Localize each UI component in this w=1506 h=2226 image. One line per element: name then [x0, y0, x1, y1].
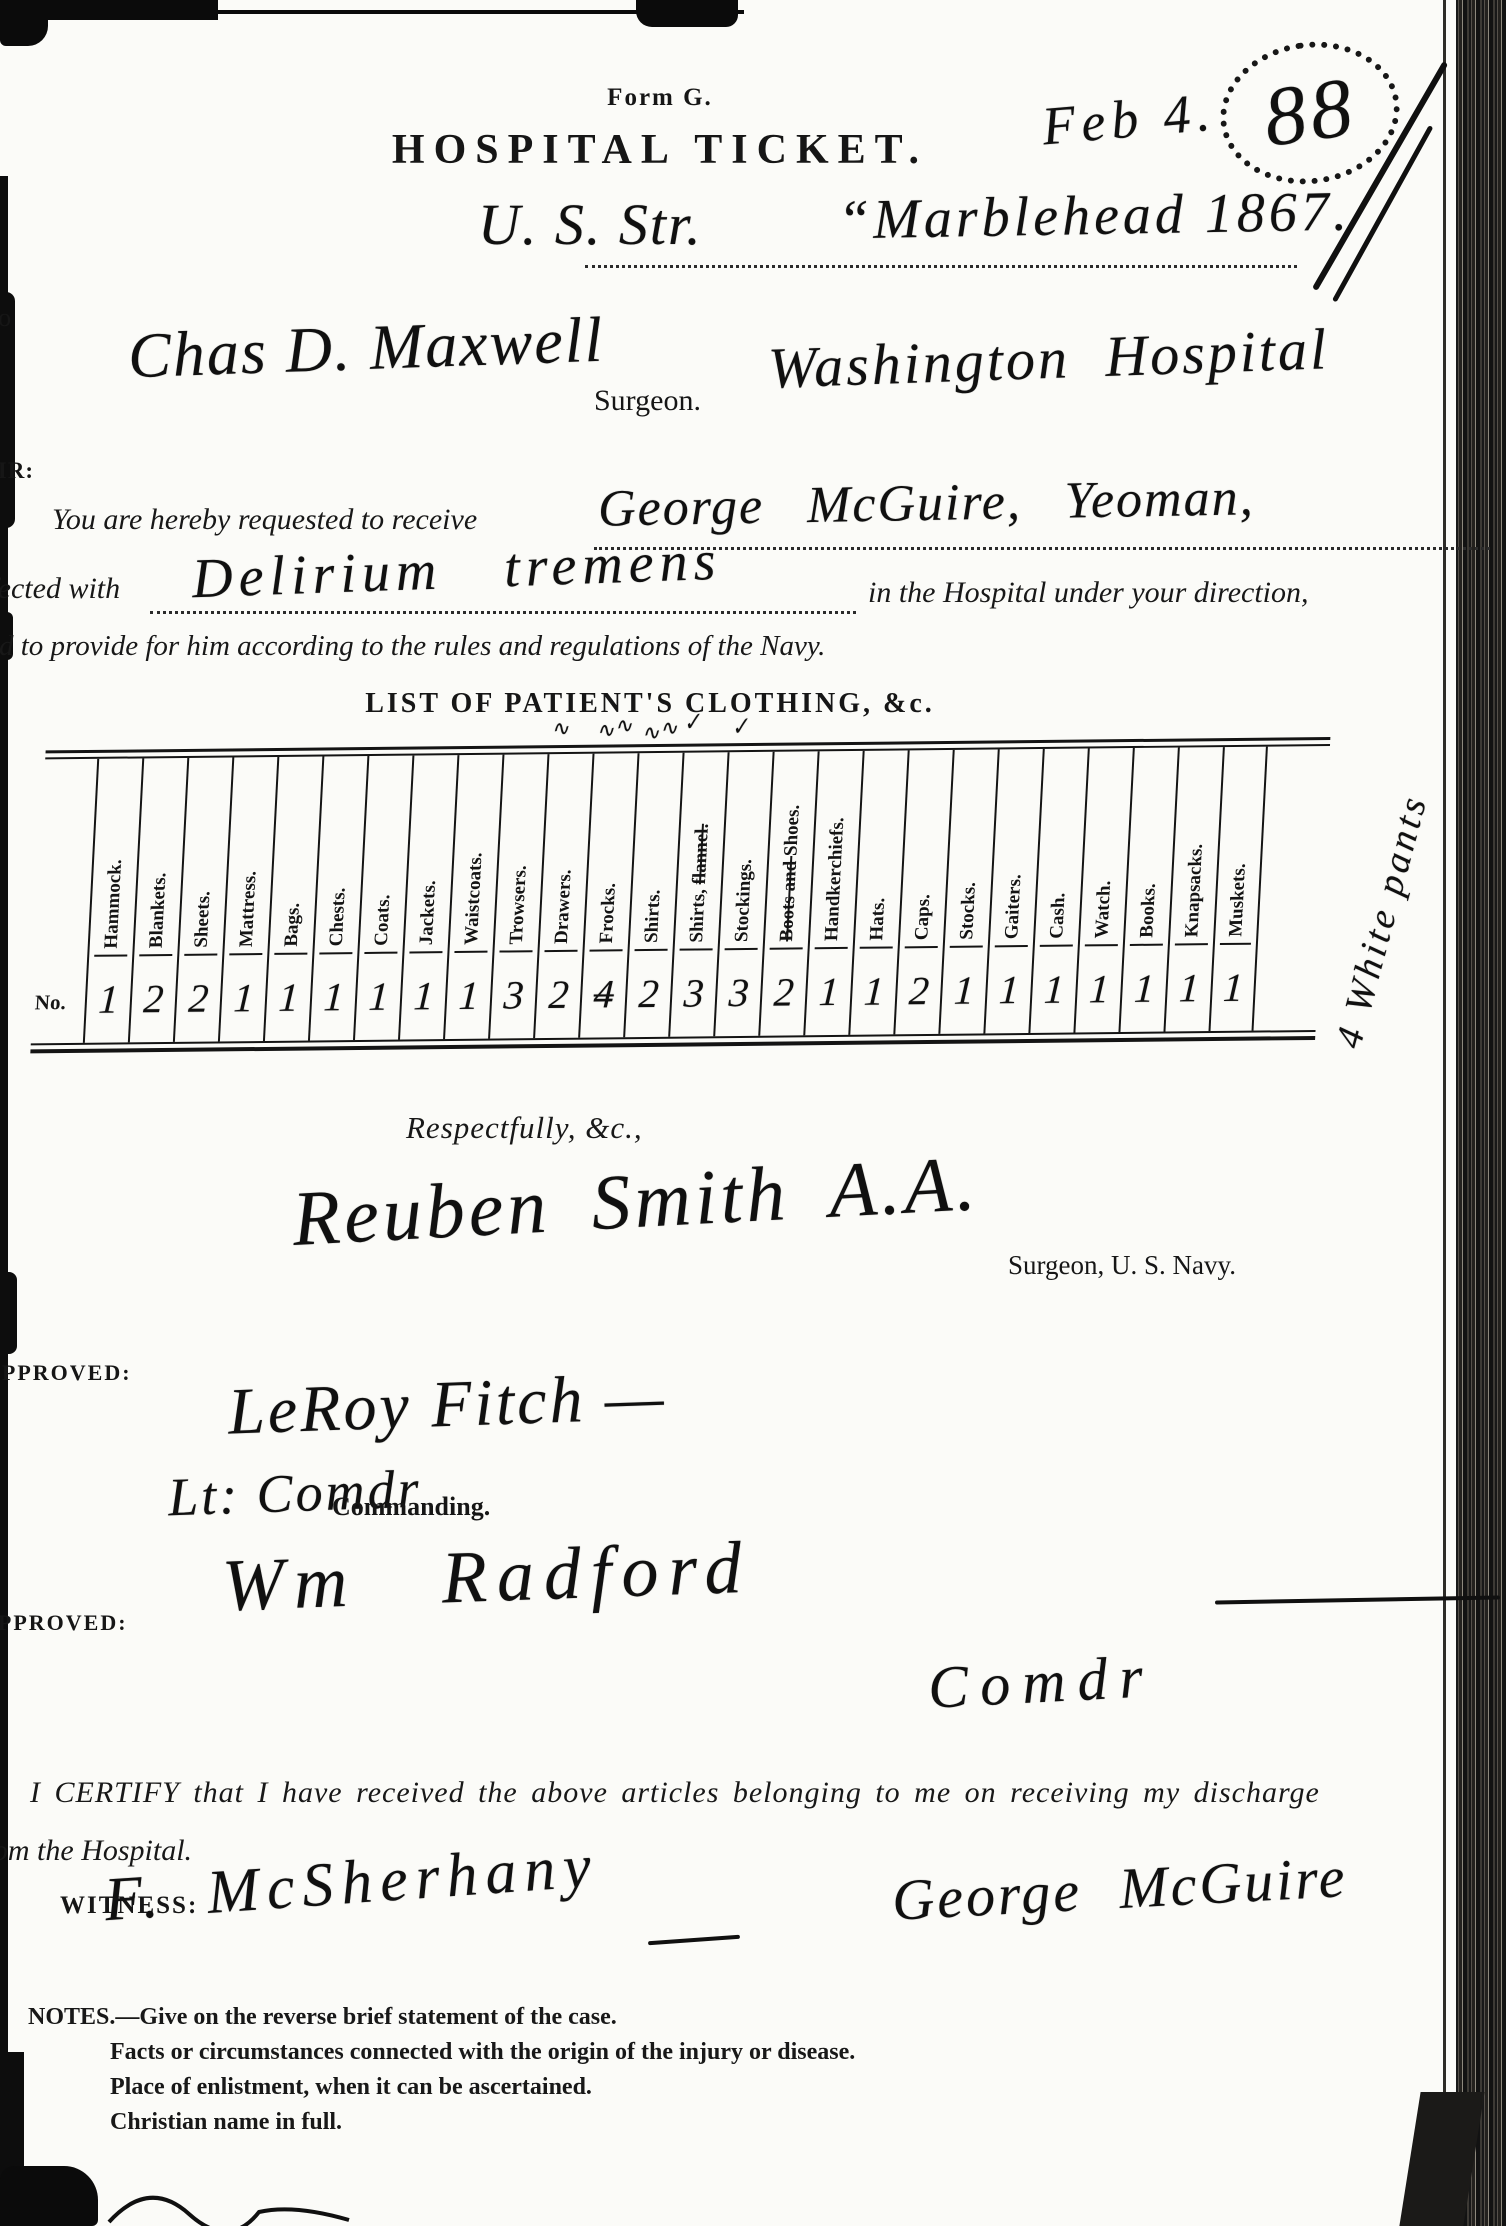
column-header: Trowsers. [505, 865, 531, 944]
column-value-cell: 1 [810, 947, 847, 1035]
column-header: Caps. [911, 894, 935, 940]
hospital-printed-text: in the Hospital under your direction, [868, 576, 1309, 610]
scribble-stroke [104, 2190, 354, 2226]
column-value-cell: 1 [360, 952, 397, 1040]
column-value: 1 [863, 972, 885, 1012]
notes-line: Place of enlistment, when it can be asce… [110, 2070, 855, 2105]
column-header: Frocks. [595, 883, 620, 944]
column-header: Handkerchiefs. [821, 817, 849, 941]
column-value-cell: 1 [990, 945, 1027, 1033]
column-value: 1 [998, 970, 1020, 1010]
column-header-text: Mattress. [235, 871, 260, 947]
notes-line-text: Give on the reverse brief statement of t… [139, 2004, 616, 2030]
hospital-name: Washington Hospital [767, 320, 1330, 398]
provide-printed-text: and to provide for him according to the … [0, 630, 825, 663]
notes-line: Facts or circumstances connected with th… [110, 2035, 855, 2070]
approver2-rank: Comdr [927, 1646, 1157, 1718]
column-header: Waistcoats. [460, 852, 487, 945]
column-header: Muskets. [1225, 863, 1251, 937]
column-header-text: Hats. [866, 898, 889, 941]
ship-prefix: U. S. Str. [478, 196, 703, 254]
column-value: 3 [503, 975, 525, 1015]
column-value-cell: 2 [180, 954, 217, 1042]
column-header-text: Stocks. [956, 882, 980, 940]
page-edge-line [1443, 0, 1446, 2226]
scribble-annotation: ∿∿ [594, 713, 634, 744]
column-header: Stockings. [730, 859, 756, 942]
column-value-cell: 3 [495, 950, 532, 1038]
column-value: 3 [683, 973, 705, 1013]
column-header-text: Shirts, [685, 884, 709, 942]
column-header: Hats. [866, 898, 890, 941]
column-header: Shirts. [640, 890, 665, 944]
column-header-text: Watch. [1091, 881, 1115, 939]
column-header-text: Shoes. [780, 805, 804, 856]
column-value: 4 [593, 974, 615, 1014]
bottom-scribble [104, 2190, 354, 2226]
commanding-label: Commanding. [332, 1492, 490, 1522]
request-printed-text: You are hereby requested to receive [52, 503, 477, 537]
column-header: Bags. [280, 903, 304, 947]
column-header-text: Gaiters. [1001, 874, 1025, 939]
ticket-number: 88 [1259, 65, 1362, 161]
margin-note: 4 White pants [1330, 790, 1434, 1052]
notes-line: Christian name in full. [110, 2105, 855, 2140]
column-value-cell: 2 [900, 946, 937, 1034]
column-value: 1 [1178, 968, 1200, 1008]
column-value: 2 [188, 979, 210, 1019]
approver2-signature: Wm Radford [221, 1531, 753, 1623]
column-value: 2 [908, 971, 930, 1011]
column-value: 1 [278, 978, 300, 1018]
column-value-cell: 2 [630, 949, 667, 1037]
column-header-text: Blankets. [145, 873, 170, 949]
clothing-table-inner: No. Hammock.1Blankets.2Sheets.2Mattress.… [31, 744, 1330, 1045]
column-header: Cash. [1046, 893, 1070, 939]
approved-label-2: APPROVED: [0, 1610, 128, 1636]
column-value-cell: 1 [945, 945, 982, 1033]
column-value-cell: 3 [675, 948, 712, 1036]
column-header: Blankets. [145, 873, 171, 949]
ship-line-underline [585, 264, 1297, 268]
certify-line-1: I CERTIFY that I have received the above… [30, 1776, 1320, 1810]
column-value-cell: 1 [1080, 944, 1117, 1032]
form-label: Form G. [250, 84, 1070, 112]
column-value: 2 [773, 972, 795, 1012]
column-header: Shirts, flannel. [685, 824, 713, 943]
column-header: Chests. [325, 888, 350, 947]
surgeon-title: Surgeon, U. S. Navy. [1008, 1250, 1236, 1281]
column-value-cell: 1 [450, 951, 487, 1039]
column-value: 1 [323, 977, 345, 1017]
column-value: 2 [638, 974, 660, 1014]
column-value-cell: 2 [540, 950, 577, 1038]
clothing-columns: Hammock.1Blankets.2Sheets.2Mattress.1Bag… [83, 747, 1268, 1043]
surgeon-signature: Reuben Smith A.A. [290, 1144, 981, 1258]
page-title: HOSPITAL TICKET. [250, 126, 1070, 174]
column-header: Drawers. [550, 869, 576, 944]
column-value: 1 [1222, 968, 1244, 1008]
column-value-cell: 1 [1215, 943, 1250, 1031]
notes-label: NOTES.— [28, 2004, 139, 2030]
column-header-text: Coats. [370, 894, 394, 945]
column-value-cell: 1 [1125, 944, 1162, 1032]
film-tear-top-blob [636, 0, 738, 27]
column-header-text: Handkerchiefs. [821, 817, 848, 941]
column-value: 2 [548, 975, 570, 1015]
column-header: Watch. [1091, 881, 1116, 939]
scribble-annotation: ∿ [549, 716, 571, 742]
column-value-cell: 2 [765, 947, 802, 1035]
column-header: Boots and Shoes. [776, 805, 805, 942]
diagnosis: Delirium tremens [191, 533, 722, 607]
column-header-text: Chests. [325, 888, 349, 947]
column-value-cell: 1 [1170, 943, 1207, 1031]
column-value: 2 [143, 979, 165, 1019]
column-header-text: Books. [1136, 883, 1160, 938]
column-value: 1 [233, 978, 255, 1018]
column-value-cell: 1 [225, 953, 262, 1041]
column-header-text: Cash. [1046, 893, 1069, 939]
column-value-cell: 1 [1035, 945, 1072, 1033]
film-edge-left-mark [0, 1272, 17, 1354]
salutation: SIR: [0, 458, 34, 484]
binding-edge [1456, 0, 1506, 2226]
column-value: 1 [413, 976, 435, 1016]
diagnosis-underline [150, 610, 856, 614]
column-value: 3 [728, 973, 750, 1013]
column-header-text: Bags. [280, 903, 303, 947]
column-value: 1 [98, 980, 120, 1020]
column-header-text: Jackets. [415, 880, 439, 945]
column-header-struck-text: flannel. [688, 824, 712, 885]
film-tear-top-corner [0, 0, 48, 46]
patient-signature: George McGuire [891, 1848, 1349, 1930]
column-header-text: Drawers. [550, 869, 575, 944]
column-value-cell: 1 [405, 951, 442, 1039]
column-value-cell: 2 [135, 954, 172, 1042]
column-header: Hammock. [100, 859, 127, 948]
clothing-table: No. Hammock.1Blankets.2Sheets.2Mattress.… [30, 737, 1330, 1053]
witness-signature-flourish [648, 1935, 740, 1945]
addressee-title: Surgeon. [594, 384, 701, 418]
column-value-cell: 1 [270, 953, 307, 1041]
column-header: Knapsacks. [1181, 844, 1208, 938]
scribble-annotation: ✓ [729, 714, 751, 740]
column-value-cell: 4 [585, 949, 622, 1037]
column-value: 1 [1088, 969, 1110, 1009]
to-label: To [0, 303, 11, 333]
film-tear-top-line [0, 10, 744, 14]
date-annotation: Feb 4. [1040, 85, 1218, 154]
patient-name-underline [594, 546, 1490, 550]
column-header: Sheets. [190, 891, 215, 948]
column-header: Gaiters. [1001, 874, 1026, 939]
clothing-heading: LIST OF PATIENT'S CLOTHING, &c. [250, 688, 1050, 720]
ship-name: “Marblehead 1867. [838, 184, 1352, 249]
column-header-text: Trowsers. [505, 865, 530, 944]
column-header-text: Knapsacks. [1181, 844, 1207, 938]
column-value-cell: 3 [720, 948, 757, 1036]
column-value: 1 [458, 976, 480, 1016]
column-header-text: Muskets. [1225, 863, 1250, 937]
column-header-text: Waistcoats. [460, 852, 486, 945]
column-header: Coats. [370, 894, 395, 945]
column-header-text: Caps. [911, 894, 934, 940]
patient-name: George McGuire, Yeoman, [598, 472, 1255, 535]
column-header: Stocks. [956, 882, 981, 940]
approved-label-1: APPROVED: [0, 1360, 132, 1386]
column-value: 1 [368, 977, 390, 1017]
column-value: 1 [953, 971, 975, 1011]
notes-line: NOTES.—Give on the reverse brief stateme… [28, 2000, 855, 2035]
column-header: Books. [1136, 883, 1161, 938]
column-value-cell: 1 [855, 946, 892, 1034]
column-value-cell: 1 [90, 954, 127, 1042]
column-value: 1 [1043, 970, 1065, 1010]
column-value-cell: 1 [315, 952, 352, 1040]
film-tear-bottom-left [0, 2166, 98, 2226]
column-value: 1 [818, 972, 840, 1012]
column-header-text: Stockings. [730, 859, 755, 942]
column-header-text: Frocks. [595, 883, 619, 944]
column-value: 1 [1133, 969, 1155, 1009]
notes-block: NOTES.—Give on the reverse brief stateme… [28, 2000, 855, 2140]
respectfully-label: Respectfully, &c., [406, 1110, 643, 1146]
column-header: Mattress. [235, 871, 261, 947]
column-header-text: Hammock. [100, 859, 126, 948]
column-header-struck-text: Boots and [776, 856, 801, 942]
approver1-signature: LeRoy Fitch — [227, 1364, 668, 1445]
addressee-name: Chas D. Maxwell [127, 308, 605, 389]
scanned-hospital-ticket: { "page": { "form_label": "Form G.", "ti… [0, 0, 1506, 2226]
column-header: Jackets. [415, 880, 440, 945]
affected-printed-text: affected with [0, 572, 120, 606]
column-header-text: Shirts. [640, 890, 664, 944]
column-header-text: Sheets. [190, 891, 214, 948]
